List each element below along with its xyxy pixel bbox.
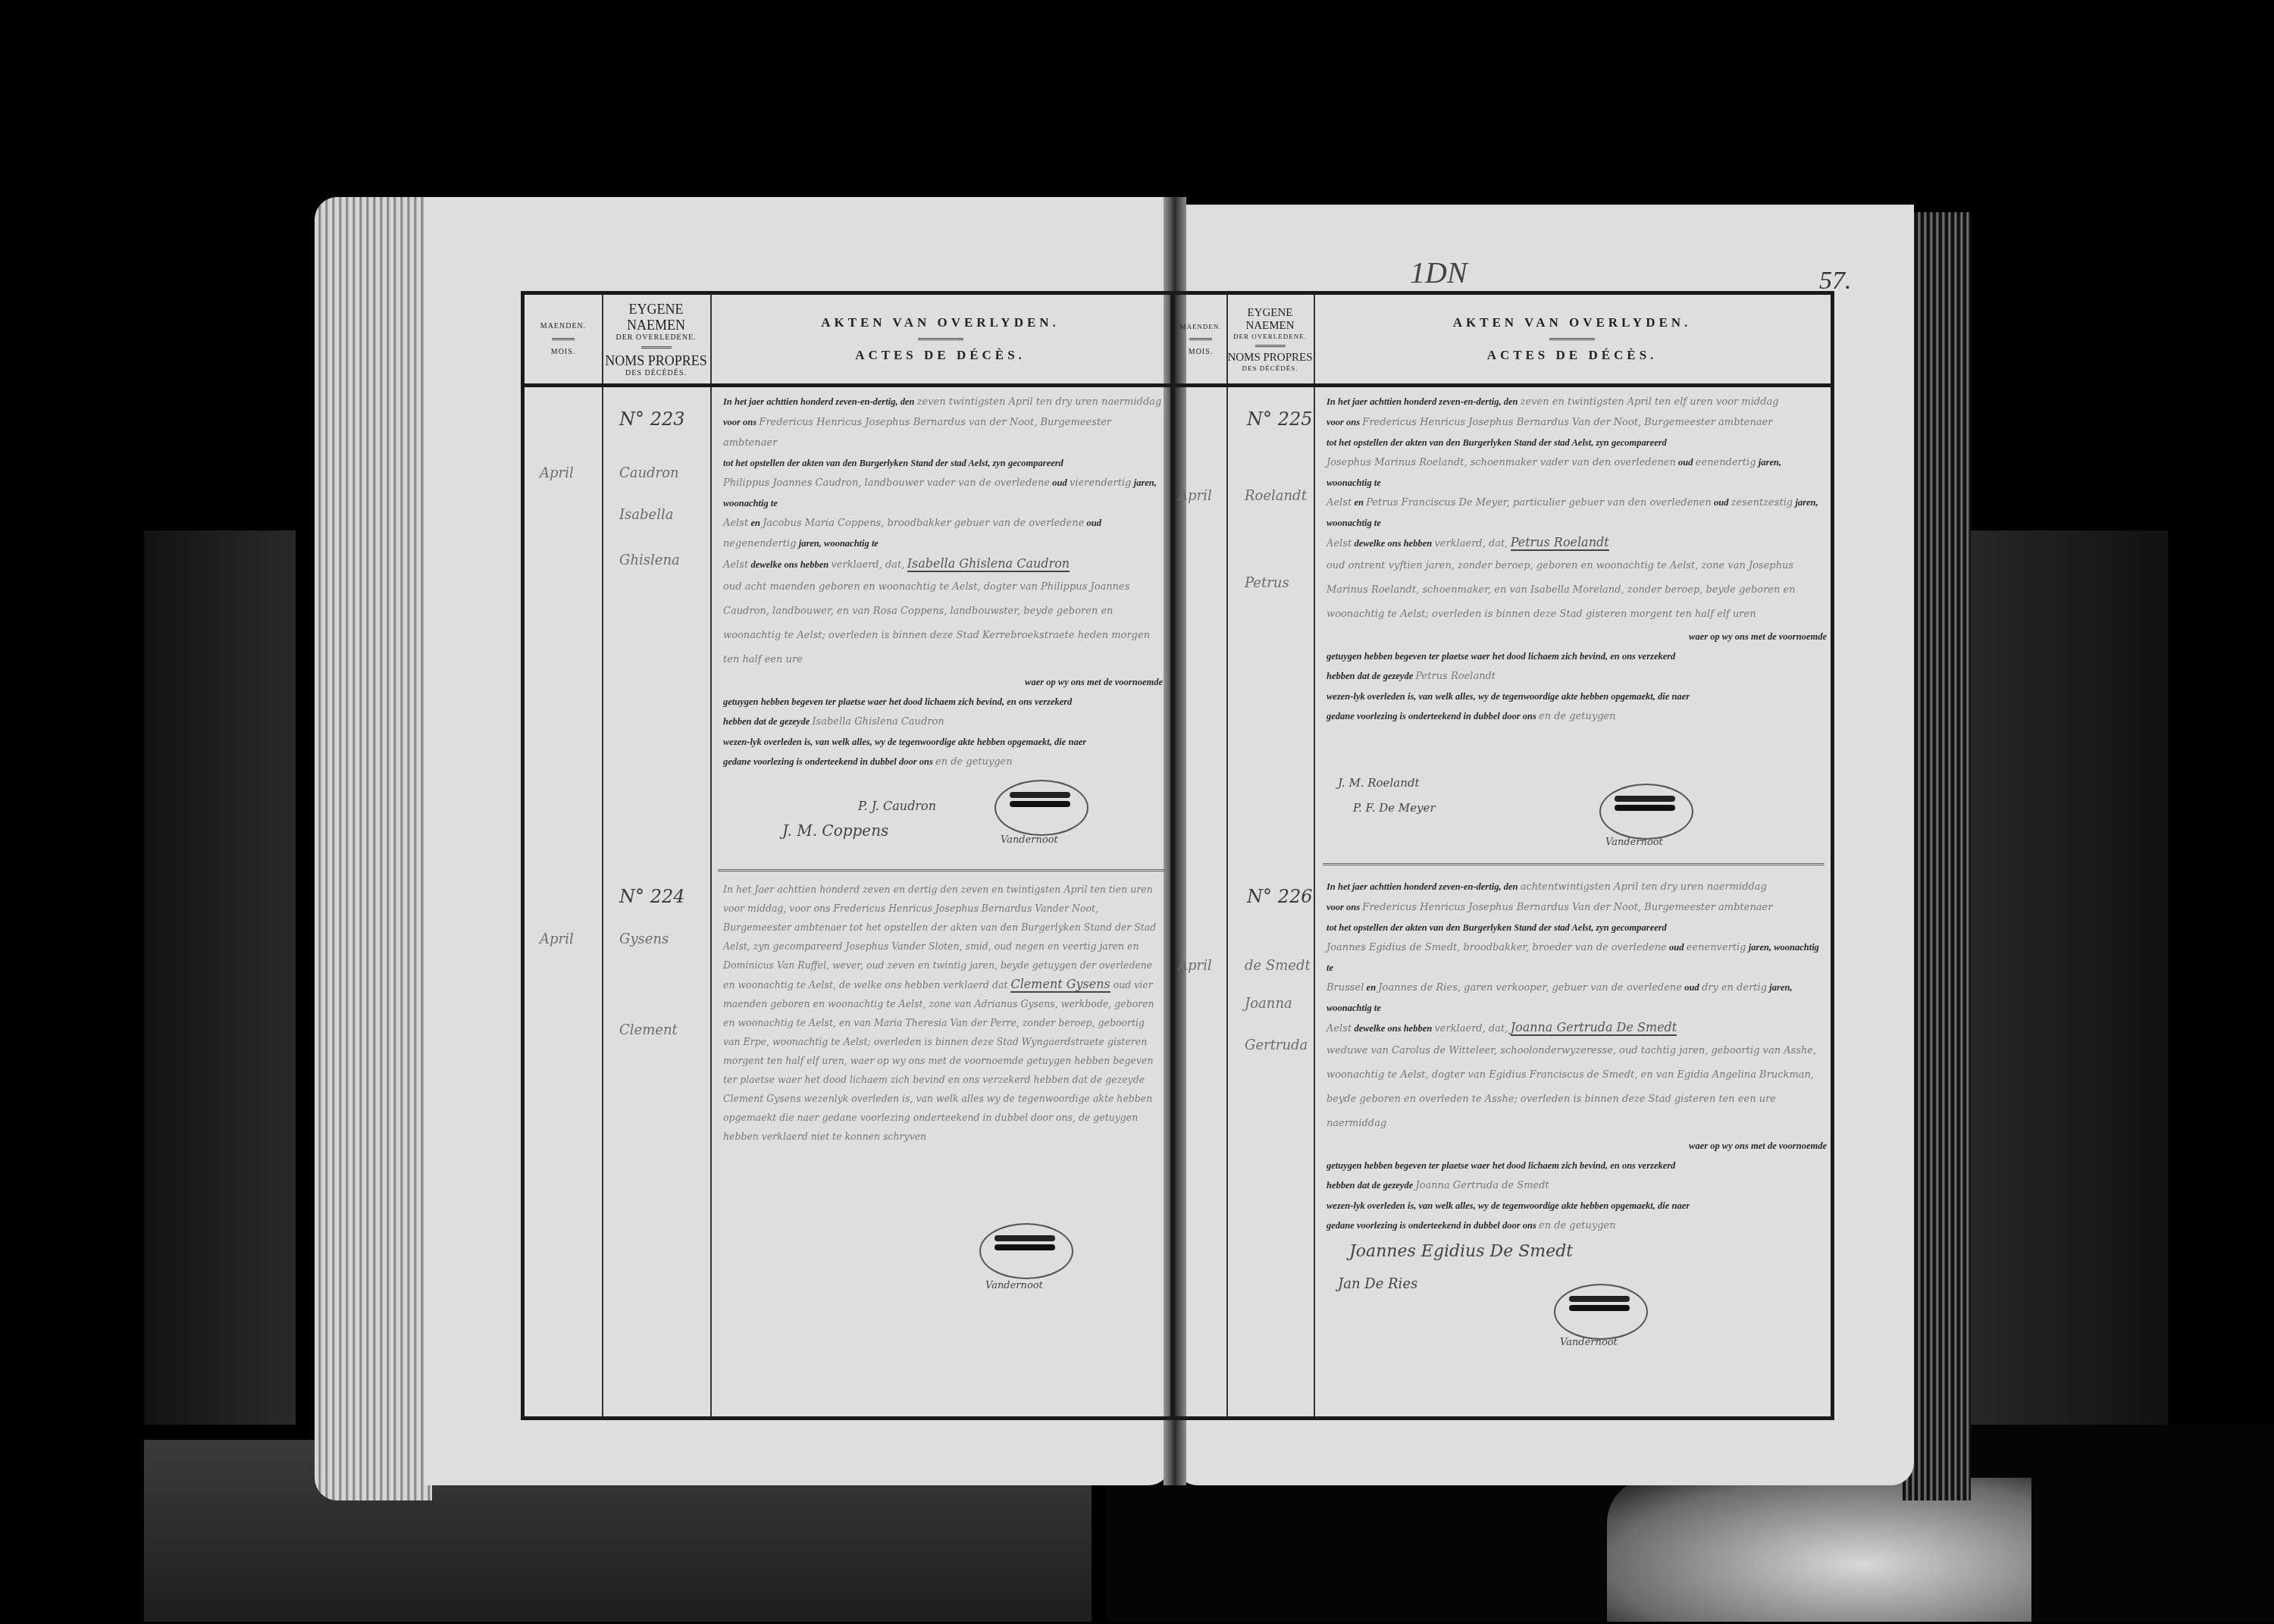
printed-opening: In het jaer achttien honderd zeven-en-de… <box>723 396 914 407</box>
handwritten-body-part1: In het Jaer achttien honderd zeven en de… <box>723 884 1156 990</box>
signature-witness: J. M. Coppens <box>782 821 888 840</box>
header-rule <box>1255 345 1286 347</box>
printed-en: en <box>1367 982 1377 993</box>
entry-number: N° 224 <box>619 886 684 907</box>
handwritten-declared: verklaerd, dat, <box>1434 538 1508 549</box>
signature-official: Vandernoot <box>1001 834 1058 846</box>
printed-declared: dewelke ons hebben <box>1354 538 1432 549</box>
handwritten-official: Fredericus Henricus Josephus Bernardus v… <box>723 417 1111 449</box>
header-names-fr: NOMS PROPRES <box>1227 352 1312 365</box>
deceased-surname: Roelandt <box>1245 488 1307 504</box>
signature-official: Vandernoot <box>1605 837 1663 848</box>
printed-oud: oud <box>1684 982 1699 993</box>
handwritten-body-part2: oud vier maenden geboren en woonachtig t… <box>723 979 1154 1142</box>
printed-opening: In het jaer achttien honderd zeven-en-de… <box>1326 396 1518 407</box>
handwritten-place-1: Aelst <box>1326 497 1352 508</box>
table-surface-right <box>1940 530 2168 1425</box>
printed-declared: dewelke ons hebben <box>1354 1023 1432 1034</box>
handwritten-official: Fredericus Henricus Josephus Bernardus V… <box>1362 902 1772 913</box>
handwritten-closing: en de getuygen <box>1539 1220 1616 1231</box>
death-act-225: In het jaer achttien honderd zeven-en-de… <box>1326 392 1827 727</box>
handwritten-declared: verklaerd, dat, <box>1434 1023 1508 1034</box>
printed-jaren: jaren, woonachtig te <box>799 538 879 549</box>
register-table-right: MAENDEN. MOIS. EYGENE NAEMEN DER OVERLED… <box>1171 291 1834 1420</box>
official-seal-signature <box>994 780 1088 836</box>
entry-number: N° 226 <box>1247 886 1312 907</box>
official-seal-signature <box>1599 784 1693 840</box>
printed-en: en <box>1354 497 1364 508</box>
printed-closing-5: gedane voorlezing is onderteekend in dub… <box>1326 1220 1536 1231</box>
header-title: AKTEN VAN OVERLYDEN. ACTES DE DÉCÈS. <box>1314 295 1831 383</box>
handwritten-age-2: dry en dertig <box>1702 982 1767 993</box>
header-divider <box>525 383 1170 387</box>
deceased-firstname: Petrus <box>1245 575 1289 591</box>
header-names-nl-sub: DER OVERLEDENE. <box>1233 333 1307 340</box>
header-title: AKTEN VAN OVERLYDEN. ACTES DE DÉCÈS. <box>710 295 1170 383</box>
printed-closing-3: hebben dat de gezeyde <box>1326 1180 1413 1191</box>
printed-oud: oud <box>1087 518 1101 528</box>
handwritten-witness-1: Philippus Joannes Caudron, landbouwer va… <box>723 477 1050 489</box>
entry-separator <box>1323 863 1825 865</box>
header-rule <box>1189 338 1212 340</box>
printed-closing-2: getuygen hebben begeven ter plaetse waer… <box>1326 651 1675 662</box>
header-month-fr: MOIS. <box>1189 348 1214 356</box>
deceased-name-underlined: Petrus Roelandt <box>1511 535 1609 551</box>
entry-number: N° 225 <box>1247 408 1312 430</box>
signature-witness: Jan De Ries <box>1338 1276 1417 1292</box>
signature-official: Vandernoot <box>1560 1337 1618 1348</box>
printed-closing-4: wezen-lyk overleden is, van welk alles, … <box>1326 691 1690 702</box>
book-page-edges-left <box>315 197 432 1500</box>
printed-closing-3: hebben dat de gezeyde <box>1326 671 1413 681</box>
printed-closing-4: wezen-lyk overleden is, van welk alles, … <box>723 737 1086 747</box>
signature-witness: Joannes Egidius De Smedt <box>1349 1242 1573 1261</box>
deceased-secondname: Ghislena <box>619 552 680 568</box>
header-names-nl: EYGENE NAEMEN <box>602 302 710 333</box>
deceased-firstname: Joanna <box>1245 996 1292 1012</box>
handwritten-place-2: Aelst <box>1326 1023 1352 1034</box>
printed-voor-ons: voor ons <box>1326 902 1360 912</box>
header-month-nl: MAENDEN. <box>540 322 587 330</box>
handwritten-place-2: Aelst <box>723 559 748 571</box>
printed-oud: oud <box>1678 457 1693 468</box>
handwritten-date: zeven twintigsten April ten dry uren nae… <box>917 396 1162 408</box>
header-rule <box>1549 338 1595 340</box>
handwritten-date: zeven en twintigsten April ten elf uren … <box>1521 396 1779 408</box>
entry-month: April <box>1178 958 1212 974</box>
header-rule <box>918 338 963 340</box>
deceased-surname: de Smedt <box>1245 958 1311 974</box>
printed-compareerd: tot het opstellen der akten van den Burg… <box>1326 922 1667 933</box>
handwritten-place-1: Aelst <box>723 518 748 529</box>
deceased-firstname: Isabella <box>619 507 674 523</box>
header-names-fr-sub: DES DÉCÉDÉS. <box>1242 365 1298 372</box>
signature-witness: P. F. De Meyer <box>1353 801 1436 815</box>
handwritten-declared: verklaerd, dat, <box>831 559 904 571</box>
header-names-nl-sub: DER OVERLEDENE. <box>615 333 696 342</box>
entry-separator <box>718 869 1164 871</box>
handwritten-closing-name: Joanna Gertruda de Smedt <box>1415 1180 1549 1191</box>
handwritten-age-1: eenendertig <box>1696 457 1756 468</box>
header-title-nl: AKTEN VAN OVERLYDEN. <box>1453 315 1692 330</box>
handwritten-body: oud ontrent vyftien jaren, zonder beroep… <box>1326 554 1827 627</box>
entry-month: April <box>1178 488 1212 504</box>
deceased-name-underlined: Joanna Gertruda De Smedt <box>1511 1020 1677 1036</box>
handwritten-closing-name: Petrus Roelandt <box>1415 671 1496 682</box>
header-month: MAENDEN. MOIS. <box>1175 295 1226 383</box>
column-divider <box>602 295 603 1416</box>
printed-closing-5: gedane voorlezing is onderteekend in dub… <box>723 756 933 767</box>
printed-closing-3: hebben dat de gezeyde <box>723 716 810 727</box>
handwritten-age-1: vierendertig <box>1070 477 1131 489</box>
column-divider <box>710 295 712 1416</box>
printed-compareerd: tot het opstellen der akten van den Burg… <box>1326 437 1667 448</box>
column-divider <box>1314 295 1315 1416</box>
death-act-224: In het Jaer achttien honderd zeven en de… <box>723 880 1163 1146</box>
handwritten-witness-2: Petrus Franciscus De Meyer, particulier … <box>1366 497 1712 508</box>
printed-closing-1: waer op wy ons met de voornoemde <box>1689 1141 1827 1151</box>
handwritten-age-2: zesentzestig <box>1731 497 1793 508</box>
printed-oud: oud <box>1714 497 1728 508</box>
handwritten-place-2: Aelst <box>1326 538 1352 549</box>
handwritten-official: Fredericus Henricus Josephus Bernardus V… <box>1362 417 1772 428</box>
death-act-223: In het jaer achttien honderd zeven-en-de… <box>723 392 1163 772</box>
printed-closing-4: wezen-lyk overleden is, van welk alles, … <box>1326 1200 1690 1211</box>
header-names-fr-sub: DES DÉCÉDÉS. <box>625 369 687 377</box>
handwritten-body: oud acht maenden geboren en woonachtig t… <box>723 575 1163 672</box>
handwritten-age-1: eenenvertig <box>1687 942 1746 953</box>
signature-official: Vandernoot <box>985 1280 1043 1291</box>
handwritten-witness-1: Joannes Egidius de Smedt, broodbakker, b… <box>1326 942 1667 953</box>
printed-voor-ons: voor ons <box>723 417 756 427</box>
header-month: MAENDEN. MOIS. <box>525 295 602 383</box>
handwritten-body: weduwe van Carolus de Witteleer, schoolo… <box>1326 1039 1827 1136</box>
handwritten-closing: en de getuygen <box>935 756 1013 768</box>
signature-witness: P. J. Caudron <box>858 799 936 813</box>
printed-compareerd: tot het opstellen der akten van den Burg… <box>723 458 1063 468</box>
printed-opening: In het jaer achttien honderd zeven-en-de… <box>1326 881 1518 892</box>
deceased-firstname: Clement <box>619 1022 678 1038</box>
printed-closing-5: gedane voorlezing is onderteekend in dub… <box>1326 711 1536 721</box>
official-seal-signature <box>979 1223 1073 1279</box>
header-title-fr: ACTES DE DÉCÈS. <box>855 348 1026 363</box>
printed-en: en <box>750 518 760 528</box>
header-names-nl: EYGENE NAEMEN <box>1226 307 1314 333</box>
printed-closing-1: waer op wy ons met de voornoemde <box>1025 677 1163 687</box>
printed-closing-1: waer op wy ons met de voornoemde <box>1689 631 1827 642</box>
official-seal-signature <box>1554 1284 1648 1340</box>
column-divider <box>1226 295 1228 1416</box>
handwritten-age-2: negenendertig <box>723 538 796 549</box>
header-month-nl: MAENDEN. <box>1179 323 1221 330</box>
handwritten-closing-name: Isabella Ghislena Caudron <box>812 716 944 728</box>
header-title-nl: AKTEN VAN OVERLYDEN. <box>821 315 1060 330</box>
handwritten-date: achtentwintigsten April ten dry uren nae… <box>1521 881 1767 893</box>
printed-oud: oud <box>1669 942 1684 953</box>
header-month-fr: MOIS. <box>551 348 576 356</box>
table-surface-left <box>144 530 296 1425</box>
archive-stamp-mark: 1DN <box>1410 255 1467 290</box>
header-rule <box>552 338 575 340</box>
header-names: EYGENE NAEMEN DER OVERLEDENE. NOMS PROPR… <box>602 295 710 383</box>
entry-number: N° 223 <box>619 408 684 430</box>
signature-witness: J. M. Roelandt <box>1338 776 1420 790</box>
header-names-fr: NOMS PROPRES <box>605 353 707 369</box>
printed-oud: oud <box>1052 477 1067 488</box>
deceased-surname: Caudron <box>619 465 679 481</box>
header-names: EYGENE NAEMEN DER OVERLEDENE. NOMS PROPR… <box>1226 295 1314 383</box>
handwritten-closing: en de getuygen <box>1539 711 1616 722</box>
header-divider <box>1175 383 1831 387</box>
deceased-name-underlined: Clement Gysens <box>1010 977 1110 993</box>
handwritten-place-1: Brussel <box>1326 982 1364 993</box>
header-title-fr: ACTES DE DÉCÈS. <box>1487 348 1658 363</box>
handwritten-witness-1: Josephus Marinus Roelandt, schoenmaker v… <box>1326 457 1676 468</box>
entry-month: April <box>540 465 574 481</box>
register-table-left: MAENDEN. MOIS. EYGENE NAEMEN DER OVERLED… <box>521 291 1174 1420</box>
deceased-secondname: Gertruda <box>1245 1037 1308 1053</box>
printed-closing-2: getuygen hebben begeven ter plaetse waer… <box>723 696 1072 707</box>
header-rule <box>641 346 672 349</box>
printed-voor-ons: voor ons <box>1326 417 1360 427</box>
deceased-surname: Gysens <box>619 931 669 947</box>
printed-closing-2: getuygen hebben begeven ter plaetse waer… <box>1326 1160 1675 1171</box>
deceased-name-underlined: Isabella Ghislena Caudron <box>907 556 1070 572</box>
printed-declared: dewelke ons hebben <box>750 559 828 570</box>
death-act-226: In het jaer achttien honderd zeven-en-de… <box>1326 877 1827 1236</box>
entry-month: April <box>540 931 574 947</box>
handwritten-witness-2: Jacobus Maria Coppens, broodbakker gebue… <box>763 518 1084 529</box>
handwritten-witness-2: Joannes de Ries, garen verkooper, gebuer… <box>1378 982 1682 993</box>
